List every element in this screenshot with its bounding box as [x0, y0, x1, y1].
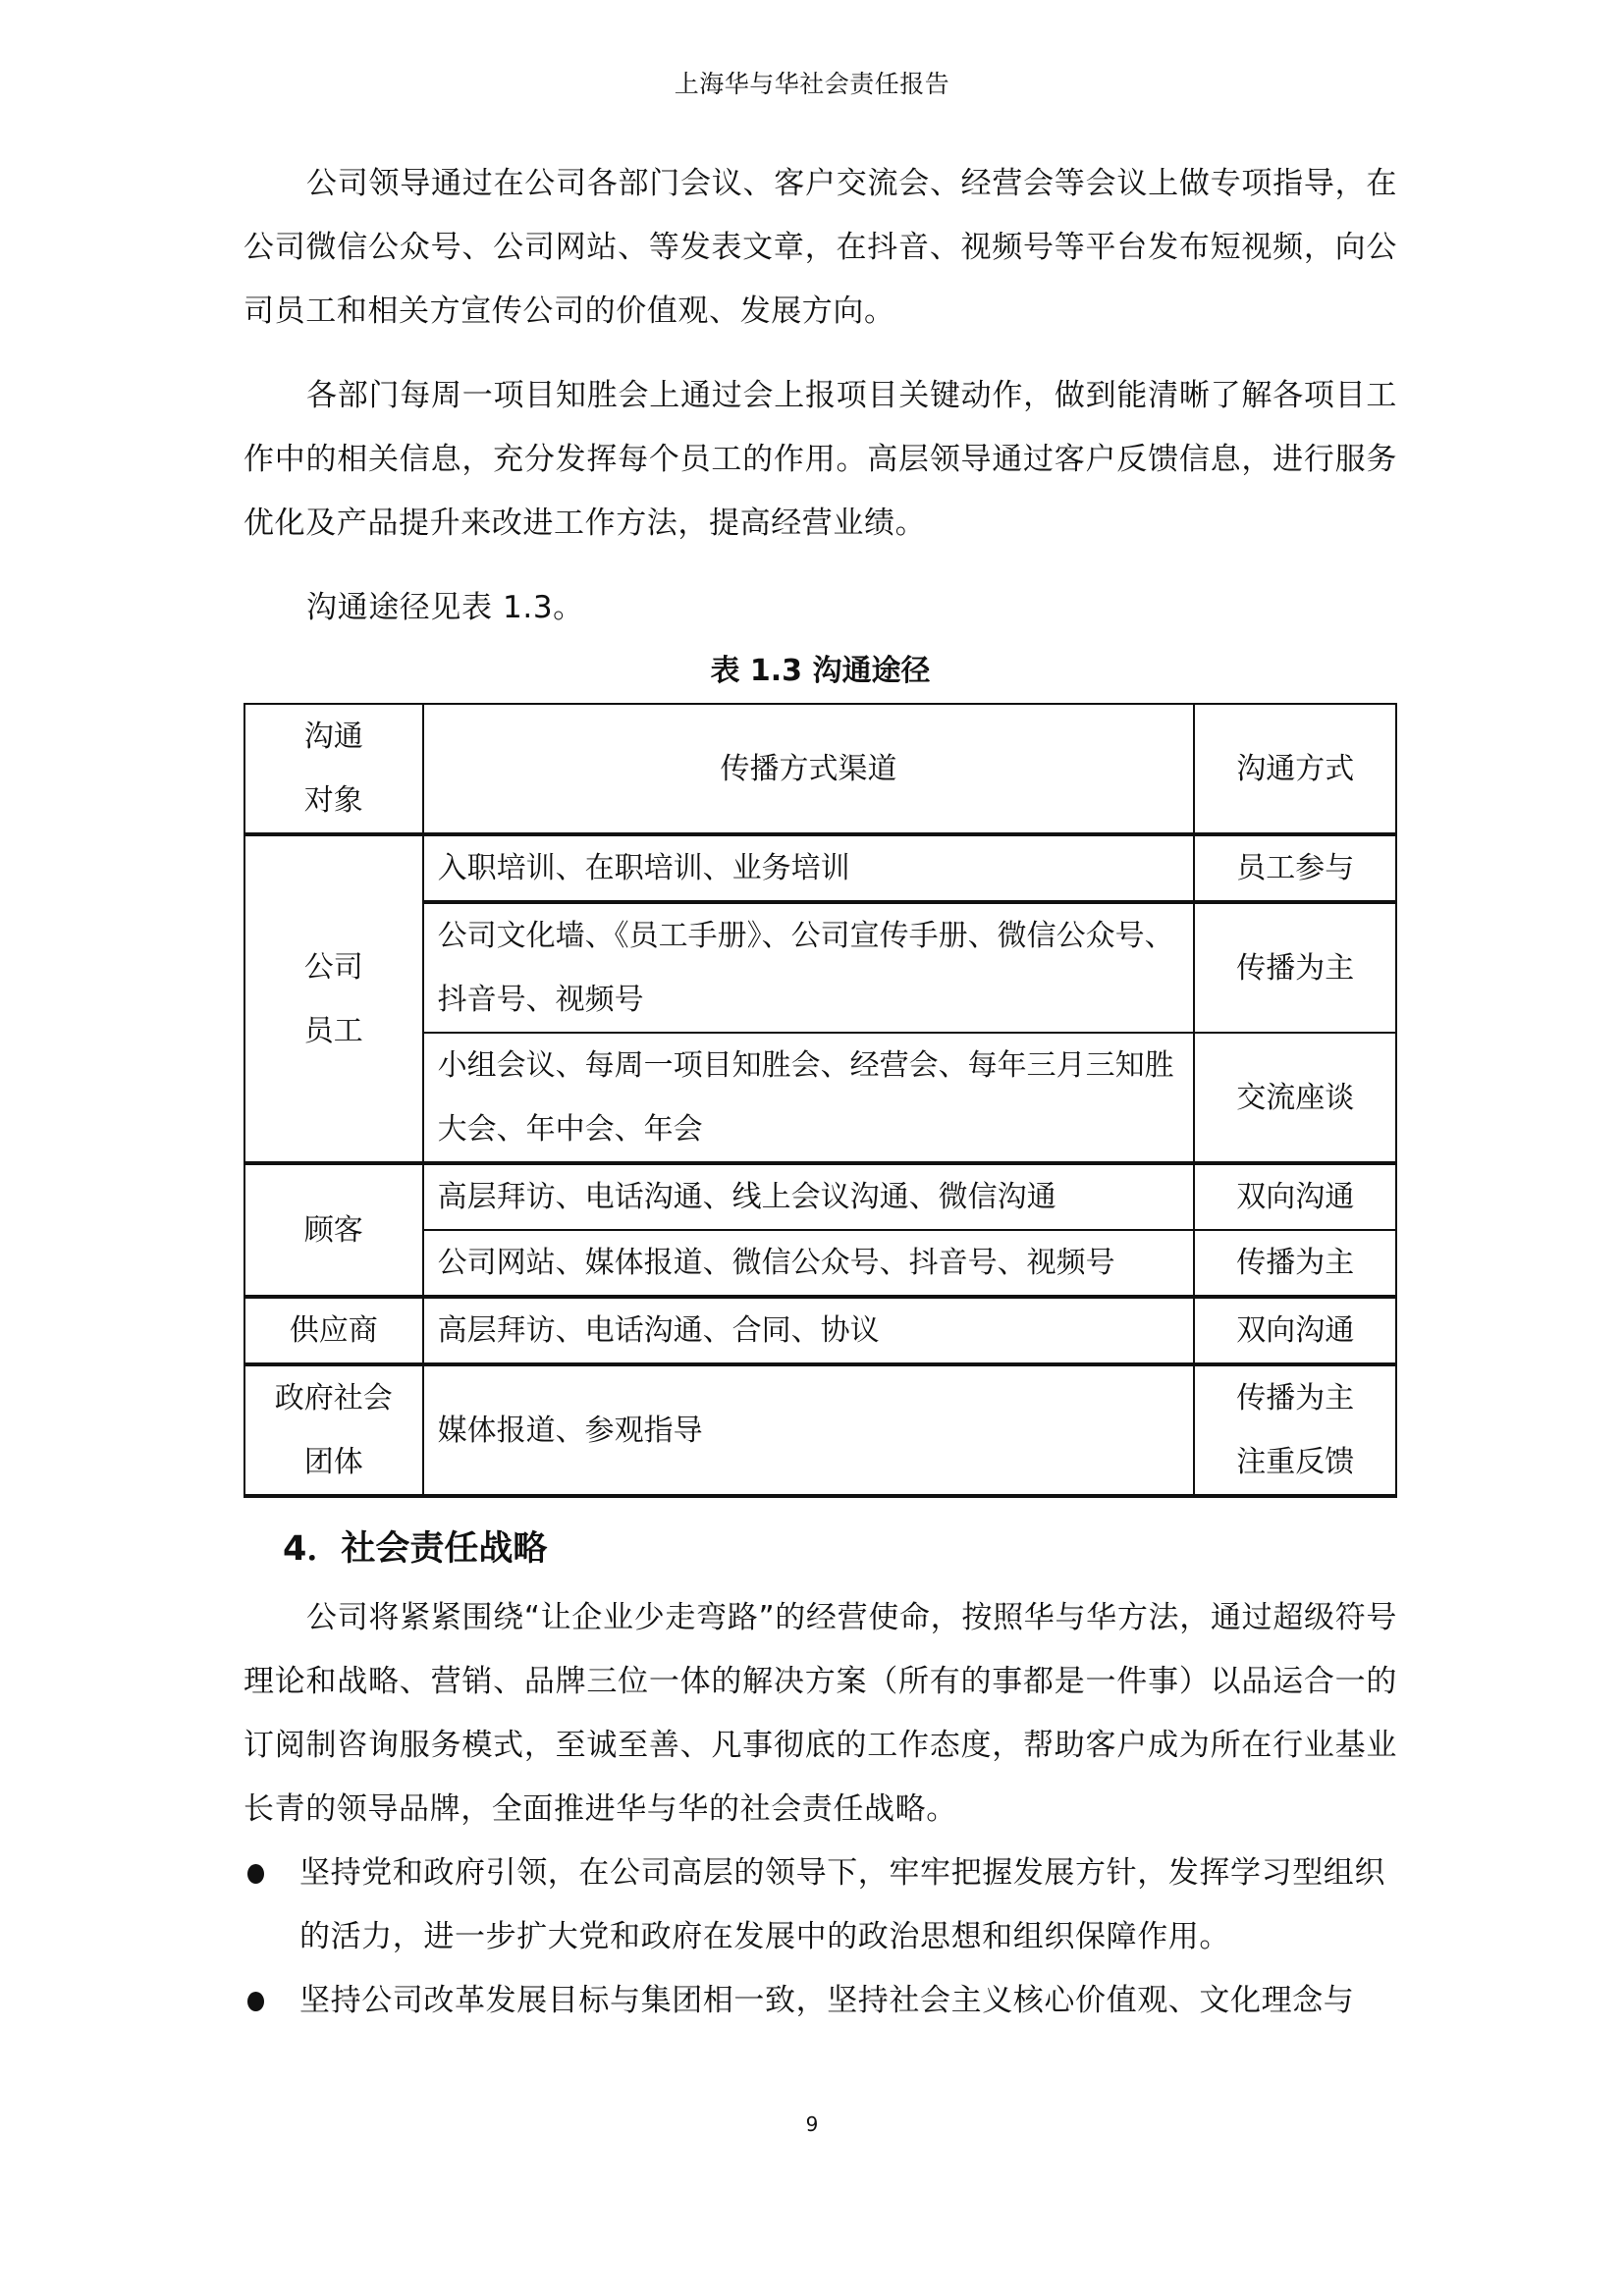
- method-cell: 员工参与: [1194, 834, 1396, 902]
- channel-cell: 入职培训、在职培训、业务培训: [423, 834, 1195, 902]
- method-cell: 传播为主: [1194, 1230, 1396, 1297]
- target-line: 政府社会: [259, 1366, 408, 1430]
- page-body: 公司领导通过在公司各部门会议、客户交流会、经营会等会议上做专项指导，在公司微信公…: [244, 152, 1397, 2033]
- channel-cell: 公司文化墙、《员工手册》、公司宣传手册、微信公众号、抖音号、视频号: [423, 902, 1195, 1033]
- channel-cell: 媒体报道、参观指导: [423, 1364, 1195, 1496]
- channel-cell: 小组会议、每周一项目知胜会、经营会、每年三月三知胜大会、年中会、年会: [423, 1033, 1195, 1163]
- target-line: 员工: [259, 999, 408, 1063]
- method-cell: 传播为主 注重反馈: [1194, 1364, 1396, 1496]
- bullet-item: 坚持党和政府引领，在公司高层的领导下，牢牢把握发展方针，发挥学习型组织的活力，进…: [244, 1842, 1397, 1969]
- method-line: 传播为主: [1209, 1366, 1381, 1430]
- page-number: 9: [0, 2112, 1624, 2136]
- table-header-row: 沟通 对象 传播方式渠道 沟通方式: [244, 704, 1396, 834]
- table-row: 供应商 高层拜访、电话沟通、合同、协议 双向沟通: [244, 1297, 1396, 1364]
- table-caption: 表 1.3 沟通途径: [244, 642, 1397, 701]
- channel-cell: 高层拜访、电话沟通、合同、协议: [423, 1297, 1195, 1364]
- table-row: 顾客 高层拜访、电话沟通、线上会议沟通、微信沟通 双向沟通: [244, 1163, 1396, 1230]
- target-line: 顾客: [259, 1199, 408, 1262]
- method-cell: 交流座谈: [1194, 1033, 1396, 1163]
- bullet-item: 坚持公司改革发展目标与集团相一致，坚持社会主义核心价值观、文化理念与: [244, 1969, 1397, 2033]
- paragraph-table-reference: 沟通途径见表 1.3。: [244, 576, 1397, 640]
- method-line: 注重反馈: [1209, 1430, 1381, 1494]
- method-cell: 传播为主: [1194, 902, 1396, 1033]
- paragraph-weekly-meetings: 各部门每周一项目知胜会上通过会上报项目关键动作，做到能清晰了解各项目工作中的相关…: [244, 364, 1397, 556]
- method-cell: 双向沟通: [1194, 1163, 1396, 1230]
- running-header: 上海华与华社会责任报告: [0, 65, 1624, 100]
- header-method: 沟通方式: [1194, 704, 1396, 834]
- header-channel: 传播方式渠道: [423, 704, 1195, 834]
- paragraph-csr-intro: 公司将紧紧围绕“让企业少走弯路”的经营使命，按照华与华方法，通过超级符号理论和战…: [244, 1586, 1397, 1842]
- target-suppliers: 供应商: [244, 1297, 423, 1364]
- table-row: 政府社会 团体 媒体报道、参观指导 传播为主 注重反馈: [244, 1364, 1396, 1496]
- header-target: 沟通 对象: [244, 704, 423, 834]
- bullet-dot-icon: [247, 1992, 264, 2011]
- target-line: 公司: [259, 935, 408, 999]
- target-customers: 顾客: [244, 1163, 423, 1297]
- header-target-line1: 沟通: [259, 705, 408, 769]
- channel-cell: 高层拜访、电话沟通、线上会议沟通、微信沟通: [423, 1163, 1195, 1230]
- section-heading-csr-strategy: 4．社会责任战略: [283, 1520, 1397, 1578]
- bullet-text: 坚持党和政府引领，在公司高层的领导下，牢牢把握发展方针，发挥学习型组织的活力，进…: [299, 1855, 1385, 1954]
- communication-channels-table: 沟通 对象 传播方式渠道 沟通方式 公司 员工 入职培训、在职培训、业务培训 员…: [244, 703, 1397, 1498]
- paragraph-leadership-communication: 公司领导通过在公司各部门会议、客户交流会、经营会等会议上做专项指导，在公司微信公…: [244, 152, 1397, 344]
- target-line: 供应商: [259, 1299, 408, 1362]
- bullet-dot-icon: [247, 1864, 264, 1884]
- target-employees: 公司 员工: [244, 834, 423, 1163]
- bullet-text: 坚持公司改革发展目标与集团相一致，坚持社会主义核心价值观、文化理念与: [299, 1983, 1354, 2018]
- target-government-social-groups: 政府社会 团体: [244, 1364, 423, 1496]
- method-cell: 双向沟通: [1194, 1297, 1396, 1364]
- header-target-line2: 对象: [259, 769, 408, 832]
- channel-cell: 公司网站、媒体报道、微信公众号、抖音号、视频号: [423, 1230, 1195, 1297]
- table-row: 公司 员工 入职培训、在职培训、业务培训 员工参与: [244, 834, 1396, 902]
- target-line: 团体: [259, 1430, 408, 1494]
